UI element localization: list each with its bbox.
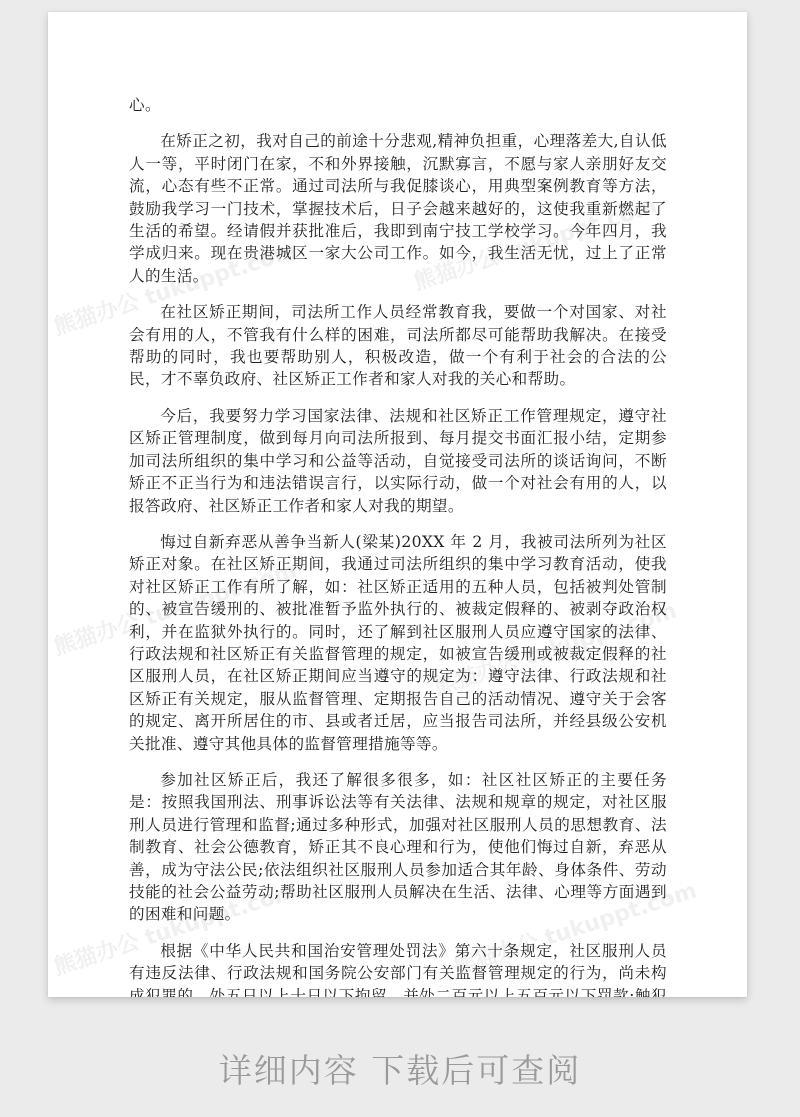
paragraph: 悔过自新弃恶从善争当新人(梁某)20XX 年 2 月，我被司法所列为社区矫正对象… — [129, 531, 667, 755]
document-page: 熊猫办公 tukuppt.com 熊猫办公 tukuppt.com 熊猫办公 t… — [48, 12, 747, 997]
paragraph: 在矫正之初，我对自己的前途十分悲观,精神负担重，心理落差大,自认低人一等，平时闭… — [129, 130, 667, 287]
download-to-view-notice: 详细内容 下载后可查阅 — [0, 1045, 800, 1092]
paragraph: 参加社区矫正后，我还了解很多很多，如：社区社区矫正的主要任务是：按照我国刑法、刑… — [129, 769, 667, 926]
document-body: 心。 在矫正之初，我对自己的前途十分悲观,精神负担重，心理落差大,自认低人一等，… — [129, 94, 667, 997]
paragraph: 根据《中华人民共和国治安管理处罚法》第六十条规定，社区服刑人员有违反法律、行政法… — [129, 940, 667, 997]
paragraph: 在社区矫正期间，司法所工作人员经常教育我，要做一个对国家、对社会有用的人，不管我… — [129, 301, 667, 391]
paragraph: 今后，我要努力学习国家法律、法规和社区矫正工作管理规定，遵守社区矫正管理制度，做… — [129, 405, 667, 517]
paragraph: 心。 — [129, 94, 667, 116]
